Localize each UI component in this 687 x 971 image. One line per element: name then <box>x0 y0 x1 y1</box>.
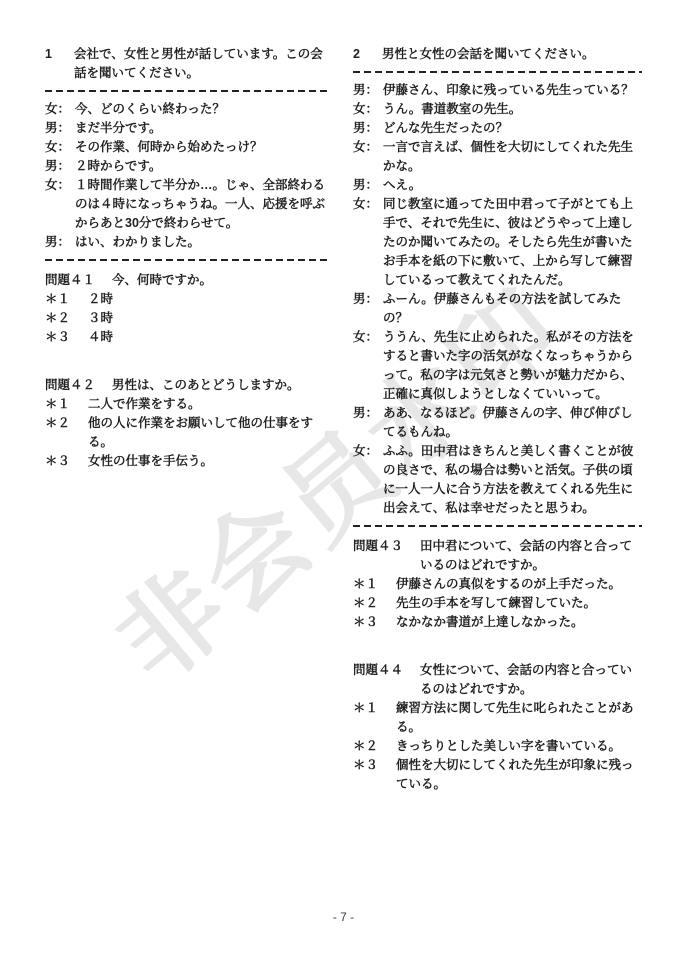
question-41-text: 今、何時ですか。 <box>112 271 331 290</box>
separator-line <box>353 71 642 73</box>
question-43-option-3: ＊３ なかなか書道が上達しなかった。 <box>353 613 642 632</box>
question-44-text: 女性について、会話の内容と合っているのはどれですか。 <box>420 661 642 699</box>
dialog-text: 今、どのくらい終わった？ <box>75 100 331 119</box>
speaker-label: 女： <box>353 195 383 290</box>
dialog-text: ふふ。田中君はきちんと美しく書くことが彼の良さで、私の場合は勢いと活気。子供の頃… <box>383 442 642 518</box>
option-text: 伊藤さんの真似をするのが上手だった。 <box>396 575 642 594</box>
question-42-option-2: ＊２ 他の人に作業をお願いして他の仕事をする。 <box>45 414 331 452</box>
speaker-label: 男： <box>353 290 383 328</box>
dialog-line: 男： 伊藤さん、印象に残っている先生っている？ <box>353 81 642 100</box>
option-text: 他の人に作業をお願いして他の仕事をする。 <box>88 414 331 452</box>
dialog-text: どんな先生だったの？ <box>383 119 642 138</box>
dialog-text: 同じ教室に通ってた田中君って子がとても上手で、それで先生に、彼はどうやって上達し… <box>383 195 642 290</box>
speaker-label: 女： <box>353 100 383 119</box>
speaker-label: 女： <box>45 176 75 233</box>
option-text: 二人で作業をする。 <box>88 395 331 414</box>
speaker-label: 男： <box>353 119 383 138</box>
option-marker: ＊１ <box>45 395 88 414</box>
dialog-line: 女： 同じ教室に通ってた田中君って子がとても上手で、それで先生に、彼はどうやって… <box>353 195 642 290</box>
section-1-instruction: 会社で、女性と男性が話しています。この会話を聞いてください。 <box>74 45 331 83</box>
dialog-line: 女： １時間作業して半分か…。じゃ、全部終わるのは４時になっちゃうね。一人、応援… <box>45 176 331 233</box>
dialog-text: へえ。 <box>383 176 642 195</box>
dialog-text: その作業、何時から始めたっけ？ <box>75 138 331 157</box>
speaker-label: 男： <box>45 233 75 252</box>
question-42-option-3: ＊３ 女性の仕事を手伝う。 <box>45 452 331 471</box>
speaker-label: 男： <box>45 119 75 138</box>
dialog-line: 女： 今、どのくらい終わった？ <box>45 100 331 119</box>
question-43-option-2: ＊２ 先生の手本を写して練習していた。 <box>353 594 642 613</box>
question-44-heading: 問題４４ 女性について、会話の内容と合っているのはどれですか。 <box>353 661 642 699</box>
question-43-label: 問題４３ <box>353 537 420 575</box>
speaker-label: 男： <box>353 176 383 195</box>
option-text: きっちりとした美しい字を書いている。 <box>396 737 642 756</box>
option-text: 個性を大切にしてくれた先生が印象に残っている。 <box>396 756 642 794</box>
option-text: 女性の仕事を手伝う。 <box>88 452 331 471</box>
question-44-label: 問題４４ <box>353 661 420 699</box>
option-marker: ＊２ <box>45 309 88 328</box>
dialog-line: 女： その作業、何時から始めたっけ？ <box>45 138 331 157</box>
dialog-text: ううん、先生に止められた。私がその方法をすると書いた字の活気がなくなっちゃうから… <box>383 328 642 404</box>
question-42-text: 男性は、このあとどうしますか。 <box>112 376 331 395</box>
question-43: 問題４３ 田中君について、会話の内容と合っているのはどれですか。 ＊１ 伊藤さん… <box>353 537 642 632</box>
option-marker: ＊１ <box>353 699 396 737</box>
dialog-line: 女： ううん、先生に止められた。私がその方法をすると書いた字の活気がなくなっちゃ… <box>353 328 642 404</box>
question-44-option-1: ＊１ 練習方法に関して先生に叱られたことがある。 <box>353 699 642 737</box>
option-text: ３時 <box>88 309 331 328</box>
speaker-label: 女： <box>353 138 383 176</box>
question-41-option-2: ＊２ ３時 <box>45 309 331 328</box>
question-41-option-3: ＊３ ４時 <box>45 328 331 347</box>
dialog-text: １時間作業して半分か…。じゃ、全部終わるのは４時になっちゃうね。一人、応援を呼ぶ… <box>75 176 331 233</box>
dialog-1: 女： 今、どのくらい終わった？ 男： まだ半分です。 女： その作業、何時から始… <box>45 100 331 252</box>
dialog-text: ２時からです。 <box>75 157 331 176</box>
dialog-line: 男： ２時からです。 <box>45 157 331 176</box>
dialog-line: 女： うん。書道教室の先生。 <box>353 100 642 119</box>
separator-line <box>45 90 331 92</box>
separator-line <box>353 525 642 527</box>
question-41-heading: 問題４１ 今、何時ですか。 <box>45 271 331 290</box>
dialog-line: 男： どんな先生だったの？ <box>353 119 642 138</box>
option-marker: ＊１ <box>353 575 396 594</box>
option-marker: ＊３ <box>353 613 396 632</box>
section-2-heading: 2 男性と女性の会話を聞いてください。 <box>353 45 642 64</box>
question-44: 問題４４ 女性について、会話の内容と合っているのはどれですか。 ＊１ 練習方法に… <box>353 661 642 794</box>
question-41-option-1: ＊１ ２時 <box>45 290 331 309</box>
test-document-page: 非会员水印 1 会社で、女性と男性が話しています。この会話を聞いてください。 女… <box>0 0 687 971</box>
dialog-line: 男： へえ。 <box>353 176 642 195</box>
dialog-text: ああ、なるほど。伊藤さんの字、伸び伸びしてるもんね。 <box>383 404 642 442</box>
question-43-heading: 問題４３ 田中君について、会話の内容と合っているのはどれですか。 <box>353 537 642 575</box>
dialog-line: 男： ふーん。伊藤さんもその方法を試してみたの？ <box>353 290 642 328</box>
option-marker: ＊１ <box>45 290 88 309</box>
section-1-heading: 1 会社で、女性と男性が話しています。この会話を聞いてください。 <box>45 45 331 83</box>
dialog-text: うん。書道教室の先生。 <box>383 100 642 119</box>
option-text: ４時 <box>88 328 331 347</box>
question-42-option-1: ＊１ 二人で作業をする。 <box>45 395 331 414</box>
option-marker: ＊３ <box>45 328 88 347</box>
option-marker: ＊２ <box>353 737 396 756</box>
right-column: 2 男性と女性の会話を聞いてください。 男： 伊藤さん、印象に残っている先生って… <box>353 45 642 794</box>
speaker-label: 女： <box>353 328 383 404</box>
speaker-label: 女： <box>353 442 383 518</box>
speaker-label: 男： <box>353 404 383 442</box>
option-text: ２時 <box>88 290 331 309</box>
dialog-text: はい、わかりました。 <box>75 233 331 252</box>
question-42-label: 問題４２ <box>45 376 112 395</box>
option-text: 練習方法に関して先生に叱られたことがある。 <box>396 699 642 737</box>
question-41-label: 問題４１ <box>45 271 112 290</box>
two-column-layout: 1 会社で、女性と男性が話しています。この会話を聞いてください。 女： 今、どの… <box>45 45 642 794</box>
dialog-line: 女： 一言で言えば、個性を大切にしてくれた先生かな。 <box>353 138 642 176</box>
section-2-number: 2 <box>353 45 382 64</box>
dialog-line: 男： はい、わかりました。 <box>45 233 331 252</box>
speaker-label: 男： <box>353 81 383 100</box>
question-44-option-3: ＊３ 個性を大切にしてくれた先生が印象に残っている。 <box>353 756 642 794</box>
dialog-text: まだ半分です。 <box>75 119 331 138</box>
dialog-text: 一言で言えば、個性を大切にしてくれた先生かな。 <box>383 138 642 176</box>
dialog-line: 男： まだ半分です。 <box>45 119 331 138</box>
left-column: 1 会社で、女性と男性が話しています。この会話を聞いてください。 女： 今、どの… <box>45 45 331 794</box>
speaker-label: 女： <box>45 100 75 119</box>
dialog-line: 女： ふふ。田中君はきちんと美しく書くことが彼の良さで、私の場合は勢いと活気。子… <box>353 442 642 518</box>
option-marker: ＊３ <box>353 756 396 794</box>
separator-line <box>45 259 331 261</box>
question-41: 問題４１ 今、何時ですか。 ＊１ ２時 ＊２ ３時 ＊３ ４時 <box>45 271 331 347</box>
page-number: - 7 - <box>0 908 687 927</box>
speaker-label: 女： <box>45 138 75 157</box>
option-marker: ＊２ <box>45 414 88 452</box>
dialog-text: ふーん。伊藤さんもその方法を試してみたの？ <box>383 290 642 328</box>
dialog-2: 男： 伊藤さん、印象に残っている先生っている？ 女： うん。書道教室の先生。 男… <box>353 81 642 518</box>
dialog-text: 伊藤さん、印象に残っている先生っている？ <box>383 81 642 100</box>
dialog-line: 男： ああ、なるほど。伊藤さんの字、伸び伸びしてるもんね。 <box>353 404 642 442</box>
question-43-text: 田中君について、会話の内容と合っているのはどれですか。 <box>420 537 642 575</box>
option-marker: ＊２ <box>353 594 396 613</box>
question-43-option-1: ＊１ 伊藤さんの真似をするのが上手だった。 <box>353 575 642 594</box>
question-42-heading: 問題４２ 男性は、このあとどうしますか。 <box>45 376 331 395</box>
option-text: なかなか書道が上達しなかった。 <box>396 613 642 632</box>
question-42: 問題４２ 男性は、このあとどうしますか。 ＊１ 二人で作業をする。 ＊２ 他の人… <box>45 376 331 471</box>
speaker-label: 男： <box>45 157 75 176</box>
section-2-instruction: 男性と女性の会話を聞いてください。 <box>382 45 642 64</box>
question-44-option-2: ＊２ きっちりとした美しい字を書いている。 <box>353 737 642 756</box>
option-text: 先生の手本を写して練習していた。 <box>396 594 642 613</box>
section-1-number: 1 <box>45 45 74 83</box>
option-marker: ＊３ <box>45 452 88 471</box>
